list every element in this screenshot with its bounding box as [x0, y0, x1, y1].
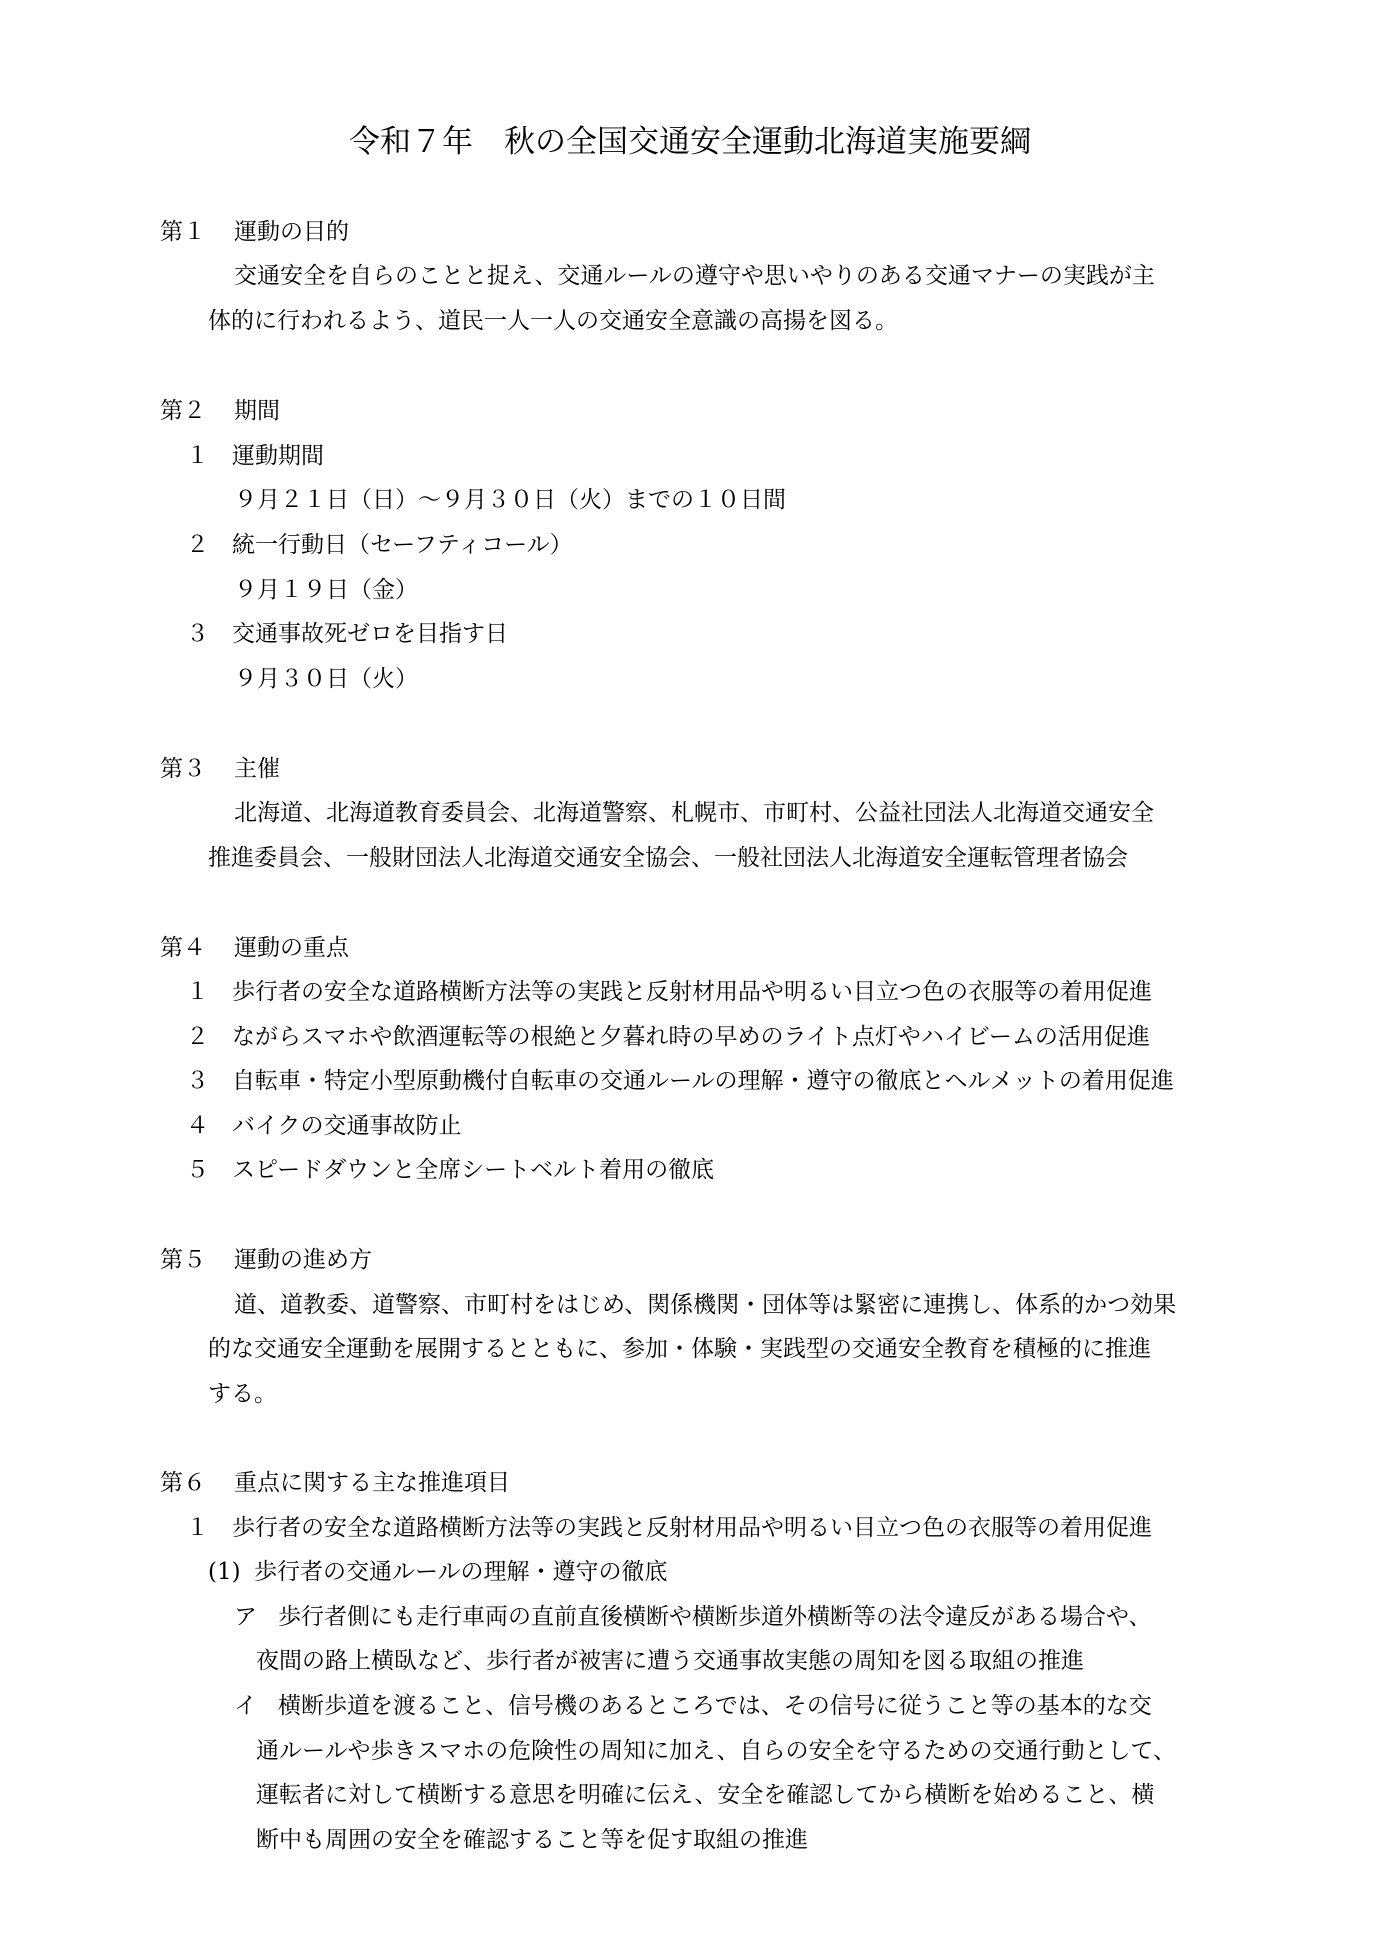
item-label: 歩行者の安全な道路横断方法等の実践と反射材用品や明るい目立つ色の衣服等の着用促進: [232, 1515, 1152, 1541]
item-number: ３: [186, 1066, 232, 1096]
section-3-body-line-1: 北海道、北海道教育委員会、北海道警察、札幌市、市町村、公益社団法人北海道交通安全: [234, 798, 1154, 828]
section-title: 運動の進め方: [234, 1247, 372, 1273]
section-6-point-b-line-3: 運転者に対して横断する意思を明確に伝え、安全を確認してから横断を始めること、横: [256, 1780, 1154, 1810]
section-1-heading: 第１運動の目的: [160, 217, 349, 247]
document-title: 令和７年 秋の全国交通安全運動北海道実施要綱: [0, 122, 1380, 162]
item-number: １: [186, 441, 232, 471]
section-3-heading: 第３主催: [160, 754, 280, 784]
section-4-item-3: ３自転車・特定小型原動機付自転車の交通ルールの理解・遵守の徹底とヘルメットの着用…: [186, 1066, 1174, 1096]
section-title: 期間: [234, 398, 280, 424]
section-5-body-line-3: する。: [208, 1379, 277, 1409]
section-4-item-4: ４バイクの交通事故防止: [186, 1111, 462, 1141]
section-title: 運動の重点: [234, 935, 349, 961]
section-number: 第１: [160, 217, 234, 247]
section-2-item-1: １運動期間: [186, 441, 324, 471]
subitem-number: (1): [208, 1557, 254, 1587]
item-label: スピードダウンと全席シートベルト着用の徹底: [232, 1157, 714, 1183]
section-2-item-1-value: ９月２１日（日）～９月３０日（火）までの１０日間: [234, 485, 786, 515]
section-number: 第２: [160, 396, 234, 426]
section-6-item-1: １歩行者の安全な道路横断方法等の実践と反射材用品や明るい目立つ色の衣服等の着用促…: [186, 1513, 1152, 1543]
section-6-point-b-line-4: 断中も周囲の安全を確認すること等を促す取組の推進: [256, 1825, 808, 1855]
point-mark: イ: [234, 1691, 278, 1721]
section-6-subitem-1: (1)歩行者の交通ルールの理解・遵守の徹底: [208, 1557, 668, 1587]
section-5-body-line-1: 道、道教委、道警察、市町村をはじめ、関係機関・団体等は緊密に連携し、体系的かつ効…: [234, 1290, 1176, 1320]
section-3-body-line-2: 推進委員会、一般財団法人北海道交通安全協会、一般社団法人北海道安全運転管理者協会: [208, 843, 1128, 873]
section-6-point-b-line-1: イ横断歩道を渡ること、信号機のあるところでは、その信号に従うこと等の基本的な交: [234, 1691, 1152, 1721]
section-4-heading: 第４運動の重点: [160, 933, 349, 963]
item-label: 自転車・特定小型原動機付自転車の交通ルールの理解・遵守の徹底とヘルメットの着用促…: [232, 1068, 1174, 1094]
item-number: ４: [186, 1111, 232, 1141]
item-number: ５: [186, 1155, 232, 1185]
item-number: １: [186, 1513, 232, 1543]
item-number: ３: [186, 619, 232, 649]
section-2-item-2: ２統一行動日（セーフティコール）: [186, 530, 573, 560]
section-6-point-a-line-1: ア歩行者側にも走行車両の直前直後横断や横断歩道外横断等の法令違反がある場合や、: [234, 1602, 1152, 1632]
section-6-point-a-line-2: 夜間の路上横臥など、歩行者が被害に遭う交通事故実態の周知を図る取組の推進: [256, 1646, 1084, 1676]
section-6-point-b-line-2: 通ルールや歩きスマホの危険性の周知に加え、自らの安全を守るための交通行動として、: [256, 1736, 1176, 1766]
item-number: １: [186, 977, 232, 1007]
section-5-body-line-2: 的な交通安全運動を展開するとともに、参加・体験・実践型の交通安全教育を積極的に推…: [208, 1334, 1151, 1364]
section-2-item-3: ３交通事故死ゼロを目指す日: [186, 619, 508, 649]
section-1-body-line-1: 交通安全を自らのことと捉え、交通ルールの遵守や思いやりのある交通マナーの実践が主: [234, 261, 1155, 291]
point-text: 歩行者側にも走行車両の直前直後横断や横断歩道外横断等の法令違反がある場合や、: [278, 1604, 1152, 1630]
section-number: 第６: [160, 1468, 234, 1498]
item-label: 統一行動日（セーフティコール）: [232, 532, 573, 558]
section-4-item-5: ５スピードダウンと全席シートベルト着用の徹底: [186, 1155, 714, 1185]
section-2-item-2-value: ９月１９日（金）: [234, 575, 418, 605]
document-page: 令和７年 秋の全国交通安全運動北海道実施要綱 第１運動の目的 交通安全を自らのこ…: [0, 0, 1380, 1948]
item-number: ２: [186, 1022, 232, 1052]
section-title: 主催: [234, 756, 280, 782]
subitem-label: 歩行者の交通ルールの理解・遵守の徹底: [254, 1559, 668, 1585]
item-label: ながらスマホや飲酒運転等の根絶と夕暮れ時の早めのライト点灯やハイビームの活用促進: [232, 1024, 1150, 1050]
section-4-item-1: １歩行者の安全な道路横断方法等の実践と反射材用品や明るい目立つ色の衣服等の着用促…: [186, 977, 1152, 1007]
section-number: 第３: [160, 754, 234, 784]
item-label: バイクの交通事故防止: [232, 1113, 462, 1139]
item-label: 歩行者の安全な道路横断方法等の実践と反射材用品や明るい目立つ色の衣服等の着用促進: [232, 979, 1152, 1005]
section-number: 第４: [160, 933, 234, 963]
item-number: ２: [186, 530, 232, 560]
point-mark: ア: [234, 1602, 278, 1632]
section-2-heading: 第２期間: [160, 396, 280, 426]
point-text: 横断歩道を渡ること、信号機のあるところでは、その信号に従うこと等の基本的な交: [278, 1693, 1152, 1719]
item-label: 運動期間: [232, 443, 324, 469]
section-6-heading: 第６重点に関する主な推進項目: [160, 1468, 510, 1498]
section-title: 運動の目的: [234, 219, 349, 245]
section-4-item-2: ２ながらスマホや飲酒運転等の根絶と夕暮れ時の早めのライト点灯やハイビームの活用促…: [186, 1022, 1150, 1052]
section-number: 第５: [160, 1245, 234, 1275]
section-1-body-line-2: 体的に行われるよう、道民一人一人の交通安全意識の高揚を図る。: [208, 306, 898, 336]
item-label: 交通事故死ゼロを目指す日: [232, 621, 508, 647]
section-5-heading: 第５運動の進め方: [160, 1245, 372, 1275]
section-title: 重点に関する主な推進項目: [234, 1470, 510, 1496]
section-2-item-3-value: ９月３０日（火）: [234, 664, 418, 694]
